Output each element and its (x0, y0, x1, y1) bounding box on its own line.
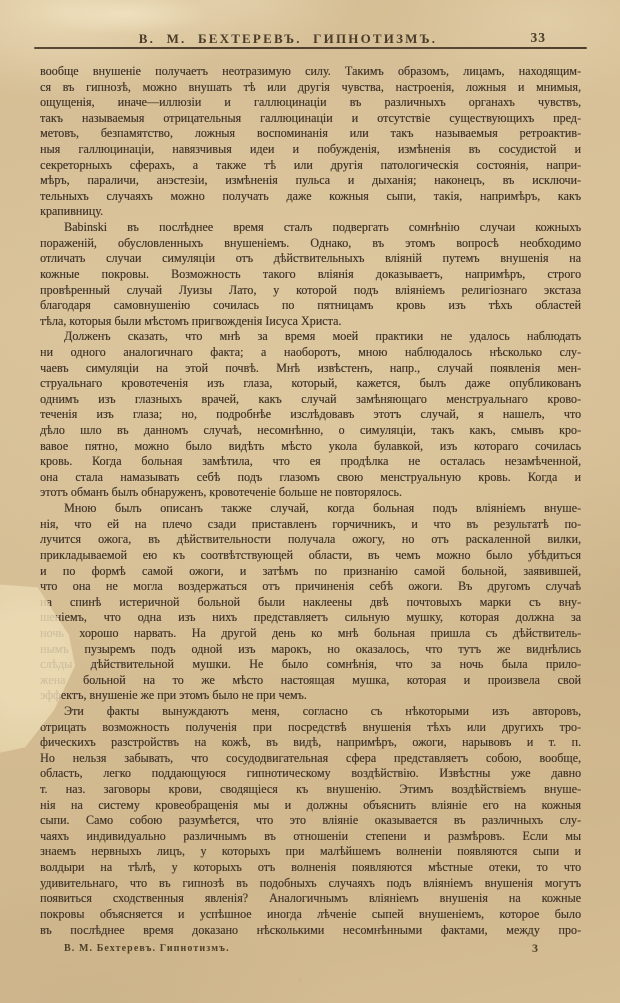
paper-stain-top (40, 0, 210, 34)
text-line: ныя галлюцинаціи, навязчивыя идеи и побу… (40, 142, 581, 158)
text-line: на спинѣ истеричной больной были наклеен… (40, 595, 581, 611)
text-line: нія на систему кровеобращенія мы и должн… (40, 798, 581, 814)
text-line: слѣды дѣйствительной мушки. Не было сомн… (40, 657, 581, 673)
text-line: прикладываемой ею къ соотвѣтствующей обл… (40, 548, 581, 564)
text-line: этотъ обманъ былъ обнаруженъ, кровотечен… (40, 485, 581, 501)
text-line: вавое пятно, можно было видѣть мѣсто уко… (40, 439, 581, 455)
page-number: 33 (531, 30, 547, 46)
text-line: Babinski въ послѣднее время сталъ подвер… (40, 220, 581, 236)
text-line: пораженій, обусловленныхъ внушеніемъ. Од… (40, 236, 581, 252)
text-line: Долженъ сказать, что мнѣ за время моей п… (40, 329, 581, 345)
text-line: шеніемъ, что одна изъ нихъ представляетъ… (40, 610, 581, 626)
text-line: жена больной на то же мѣсто настоящая му… (40, 673, 581, 689)
text-line: ся въ гипнозѣ, можно внушать тѣ или друг… (40, 80, 581, 96)
text-line: область, легко поддающуюся гипнотическом… (40, 766, 581, 782)
text-line: ни одного аналогичнаго факта; а наоборот… (40, 345, 581, 361)
text-line: кожные покровы. Возможность такого вліян… (40, 267, 581, 283)
text-line: тельныхъ случаяхъ можно получать даже ко… (40, 189, 581, 205)
running-header-title: В. М. БЕХТЕРЕВЪ. ГИПНОТИЗМЪ. (0, 31, 576, 47)
text-line: эффектъ, внушеніе же при этомъ было не п… (40, 688, 581, 704)
text-line: и по формѣ самой ожоги, и затѣмъ по приз… (40, 564, 581, 580)
text-line: провѣренный случай Луизы Лато, у которой… (40, 283, 581, 299)
text-line: чаевъ симуляціи на этой почвѣ. Мнѣ извѣс… (40, 361, 581, 377)
text-line: вообще внушеніе получаетъ неотразимую си… (40, 64, 581, 80)
text-line: Но нельзя забывать, что сосудодвигательн… (40, 751, 581, 767)
text-line: секреторныхъ сферахъ, а также тѣ или дру… (40, 158, 581, 174)
text-line: кровь. Когда больная замѣтила, что ея пр… (40, 454, 581, 470)
text-line: однимъ изъ глазныхъ врачей, какъ случай … (40, 392, 581, 408)
text-line: лучится ожога, въ дѣйствительности получ… (40, 532, 581, 548)
text-line: въ послѣднее время доказано нѣсколькими … (40, 923, 581, 939)
text-line: т. наз. заговоры крови, сводящіеся къ вн… (40, 782, 581, 798)
text-line: отрицать возможность полученія при посре… (40, 720, 581, 736)
text-line: ночь хорошо нарвать. На другой день ко м… (40, 626, 581, 642)
text-line: она стала намазывать себѣ подъ глазомъ с… (40, 470, 581, 486)
text-line: такъ называемыя отрицательныя галлюцинац… (40, 111, 581, 127)
text-line: крапивницу. (40, 204, 581, 220)
text-line: отличать случаи симуляціи отъ дѣйствител… (40, 251, 581, 267)
text-line: чаяхъ индивидуально различнымъ въ отноше… (40, 829, 581, 845)
text-line: мѣръ, параличи, анэстезіи, измѣненія пул… (40, 173, 581, 189)
book-page: В. М. БЕХТЕРЕВЪ. ГИПНОТИЗМЪ. 33 вообще в… (0, 0, 620, 1003)
text-line: покровы объясняется и успѣшное иногда лѣ… (40, 907, 581, 923)
text-line: ощущенія, иначе—иллюзіи и галлюцинаціи в… (40, 95, 581, 111)
text-line: благодаря самовнушенію сочилась по пятни… (40, 298, 581, 314)
text-line: теченія изъ глаза; но, подробнѣе изслѣдо… (40, 407, 581, 423)
header-divider (34, 47, 587, 49)
text-line: Мною былъ описанъ также случай, когда бо… (40, 501, 581, 517)
text-line: метовъ, безпамятство, ложныя воспоминані… (40, 126, 581, 142)
text-line: сыпи. Само собою разумѣется, что это влі… (40, 813, 581, 829)
text-line: нымъ пузыремъ подъ одной изъ марокъ, но … (40, 642, 581, 658)
text-line: дѣло шло въ данномъ случаѣ, несомнѣнно, … (40, 423, 581, 439)
body-text: вообще внушеніе получаетъ неотразимую си… (40, 64, 581, 938)
text-line: струальнаго кровотеченія изъ глаза, кото… (40, 376, 581, 392)
text-line: фическихъ разстройствъ на кожѣ, въ видѣ,… (40, 735, 581, 751)
text-line: Эти факты вынуждаютъ меня, согласно съ н… (40, 704, 581, 720)
text-line: знаемъ нервныхъ лицъ, у которыхъ при мал… (40, 844, 581, 860)
text-line: удивительнаго, что въ гипнозѣ въ подобны… (40, 876, 581, 892)
text-line: появиться сходственныя явленія? Аналогич… (40, 891, 581, 907)
text-line: тѣла, которыя были мѣстомъ пригвожденія … (40, 314, 581, 330)
text-line: волдыри на тѣлѣ, у которыхъ отъ волненія… (40, 860, 581, 876)
signature-number: 3 (532, 941, 538, 956)
text-line: нія, что ей на плечо сзади приставленъ г… (40, 517, 581, 533)
running-footer-title: В. М. Бехтеревъ. Гипнотизмъ. (64, 943, 230, 954)
text-line: что она не могла воздержаться отъ причин… (40, 579, 581, 595)
